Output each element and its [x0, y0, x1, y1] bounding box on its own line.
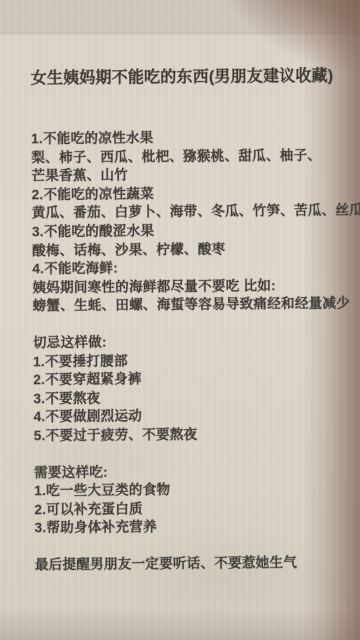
note-line: 黄瓜、番茄、白萝卜、海带、冬瓜、竹笋、苦瓜、丝瓜 — [32, 202, 340, 223]
footer-note-wrap: 最后提醒男朋友一定要听话、不要惹她生气 — [35, 553, 343, 574]
section-cold-fruits: 1.不能吃的凉性水果 梨、柿子、西瓜、枇杷、猕猴桃、甜瓜、柚子、 芒果香蕉、山竹 — [31, 128, 339, 186]
avoid-item: 5.不要过于疲劳、不要熬夜 — [34, 425, 342, 446]
section-cold-vegetables: 2.不能吃的凉性蔬菜 黄瓜、番茄、白萝卜、海带、冬瓜、竹笋、苦瓜、丝瓜 — [32, 183, 340, 223]
footer-note: 最后提醒男朋友一定要听话、不要惹她生气 — [35, 553, 343, 574]
eat-list: 需要这样吃: 1.吃一些大豆类的食物 2.可以补充蛋白质 3.帮助身体补充营养 — [34, 461, 343, 538]
paper-page: 女生姨妈期不能吃的东西(男朋友建议收藏) 1.不能吃的凉性水果 梨、柿子、西瓜、… — [0, 0, 360, 575]
note-title: 女生姨妈期不能吃的东西(男朋友建议收藏) — [31, 63, 339, 89]
section-seafood: 4.不能吃海鲜: 姨妈期间寒性的海鲜都尽量不要吃 比如: 螃蟹、生蚝、田螺、海蜇… — [32, 258, 340, 316]
avoid-list: 切忌这样做: 1.不要捶打腰部 2.不要穿超紧身裤 3.不要熬夜 4.不要做剧烈… — [33, 332, 342, 446]
note-photo: 女生姨妈期不能吃的东西(男朋友建议收藏) 1.不能吃的凉性水果 梨、柿子、西瓜、… — [0, 0, 360, 640]
section-sour-fruits: 3.不能吃的酸涩水果 酸梅、话梅、沙果、柠檬、酸枣 — [32, 221, 340, 261]
note-line: 梨、柿子、西瓜、枇杷、猕猴桃、甜瓜、柚子、 — [31, 146, 339, 167]
eat-item: 3.帮助身体补充营养 — [35, 517, 343, 538]
note-line: 螃蟹、生蚝、田螺、海蜇等容易导致痛经和经量减少 — [33, 295, 341, 316]
